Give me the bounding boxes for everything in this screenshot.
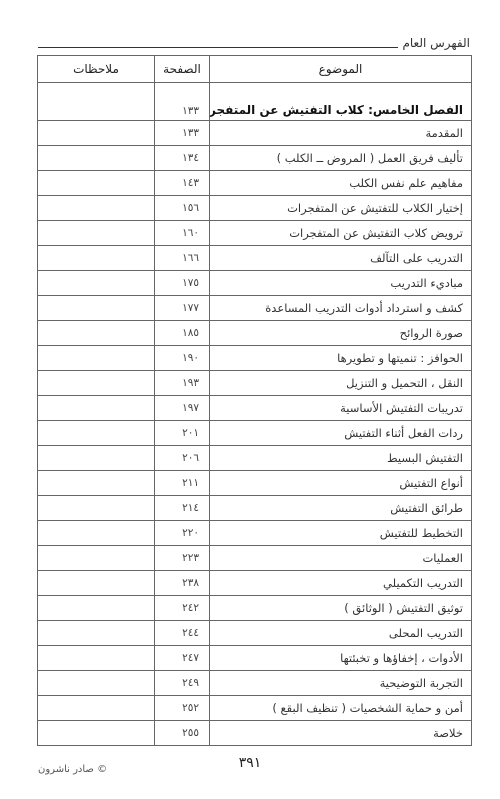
table-row: أمن و حماية الشخصيات ( تنظيف البقع )٢٥٢ (38, 696, 472, 721)
table-header-row: الموضوع الصفحة ملاحظات (38, 56, 472, 83)
topic-cell: التدريب على التآلف (210, 246, 472, 271)
notes-cell (38, 146, 155, 171)
topic-cell: التخطيط للتفتيش (210, 521, 472, 546)
page-cell: ١٧٧ (155, 296, 210, 321)
table-row: خلاصة٢٥٥ (38, 721, 472, 746)
topic-cell: التدريب المحلى (210, 621, 472, 646)
topic-cell: التجربة التوضيحية (210, 671, 472, 696)
page-cell: ٢٣٨ (155, 571, 210, 596)
notes-cell (38, 496, 155, 521)
page-cell: ٢٤٩ (155, 671, 210, 696)
page-cell: ١٧٥ (155, 271, 210, 296)
table-row: طرائق التفتيش٢١٤ (38, 496, 472, 521)
page-cell: ٢١٤ (155, 496, 210, 521)
notes-cell (38, 396, 155, 421)
topic-cell: إختيار الكلاب للتفتيش عن المتفجرات (210, 196, 472, 221)
notes-cell (38, 696, 155, 721)
chapter-title: الفصل الخامس: كلاب التفتيش عن المتفجرات (210, 83, 472, 121)
table-row: التجربة التوضيحية٢٤٩ (38, 671, 472, 696)
page-cell: ٢٢٠ (155, 521, 210, 546)
topic-cell: المقدمة (210, 121, 472, 146)
table-row: صورة الروائح١٨٥ (38, 321, 472, 346)
table-row: التدريب التكميلي٢٣٨ (38, 571, 472, 596)
notes-cell (38, 346, 155, 371)
page-cell: ١٦٠ (155, 221, 210, 246)
notes-cell (38, 246, 155, 271)
table-of-contents: الموضوع الصفحة ملاحظات الفصل الخامس: كلا… (37, 55, 472, 746)
topic-cell: ردات الفعل أثناء التفتيش (210, 421, 472, 446)
topic-cell: كشف و استرداد أدوات التدريب المساعدة (210, 296, 472, 321)
page-cell: ٢٠١ (155, 421, 210, 446)
column-header-topic: الموضوع (210, 56, 472, 83)
page-cell: ١٦٦ (155, 246, 210, 271)
table-row: التدريب المحلى٢٤٤ (38, 621, 472, 646)
notes-cell (38, 296, 155, 321)
notes-cell (38, 671, 155, 696)
page-cell: ١٥٦ (155, 196, 210, 221)
table-row: ردات الفعل أثناء التفتيش٢٠١ (38, 421, 472, 446)
header-rule (38, 47, 398, 48)
table-row: مفاهيم علم نفس الكلب١٤٣ (38, 171, 472, 196)
table-row: التخطيط للتفتيش٢٢٠ (38, 521, 472, 546)
header-title: الفهرس العام (398, 36, 470, 50)
notes-cell (38, 271, 155, 296)
table-row: كشف و استرداد أدوات التدريب المساعدة١٧٧ (38, 296, 472, 321)
table-row: العمليات٢٢٣ (38, 546, 472, 571)
page-cell: ٢٢٣ (155, 546, 210, 571)
page-cell: ١٩٠ (155, 346, 210, 371)
table-row: الحوافز : تنميتها و تطويرها١٩٠ (38, 346, 472, 371)
page-cell: ١٨٥ (155, 321, 210, 346)
table-row: أنواع التفتيش٢١١ (38, 471, 472, 496)
topic-cell: خلاصة (210, 721, 472, 746)
topic-cell: أمن و حماية الشخصيات ( تنظيف البقع ) (210, 696, 472, 721)
page-cell: ٢٤٢ (155, 596, 210, 621)
column-header-page: الصفحة (155, 56, 210, 83)
topic-cell: الأدوات ، إخفاؤها و تخبئتها (210, 646, 472, 671)
notes-cell (38, 421, 155, 446)
table-row: ترويض كلاب التفتيش عن المتفجرات١٦٠ (38, 221, 472, 246)
notes-cell (38, 196, 155, 221)
topic-cell: مفاهيم علم نفس الكلب (210, 171, 472, 196)
notes-cell (38, 371, 155, 396)
notes-cell (38, 646, 155, 671)
running-header: الفهرس العام (38, 30, 470, 50)
topic-cell: تأليف فريق العمل ( المروض ــ الكلب ) (210, 146, 472, 171)
topic-cell: مباديء التدريب (210, 271, 472, 296)
topic-cell: العمليات (210, 546, 472, 571)
chapter-page: ١٣٣ (155, 83, 210, 121)
chapter-row: الفصل الخامس: كلاب التفتيش عن المتفجرات … (38, 83, 472, 121)
notes-cell (38, 471, 155, 496)
table-row: المقدمة١٣٣ (38, 121, 472, 146)
notes-cell (38, 446, 155, 471)
notes-cell (38, 571, 155, 596)
notes-cell (38, 221, 155, 246)
page-cell: ٢٥٥ (155, 721, 210, 746)
table-row: النقل ، التحميل و التنزيل١٩٣ (38, 371, 472, 396)
page-cell: ١٩٧ (155, 396, 210, 421)
page-cell: ١٤٣ (155, 171, 210, 196)
notes-cell (38, 171, 155, 196)
publisher-credit: © صادر ناشرون (38, 764, 107, 775)
page-cell: ٢٥٢ (155, 696, 210, 721)
table-row: توثيق التفتيش ( الوثائق )٢٤٢ (38, 596, 472, 621)
notes-cell (38, 521, 155, 546)
table-row: مباديء التدريب١٧٥ (38, 271, 472, 296)
table-row: التدريب على التآلف١٦٦ (38, 246, 472, 271)
topic-cell: ترويض كلاب التفتيش عن المتفجرات (210, 221, 472, 246)
page-cell: ١٩٣ (155, 371, 210, 396)
chapter-notes (38, 83, 155, 121)
topic-cell: التدريب التكميلي (210, 571, 472, 596)
table-row: إختيار الكلاب للتفتيش عن المتفجرات١٥٦ (38, 196, 472, 221)
topic-cell: تدريبات التفتيش الأساسية (210, 396, 472, 421)
page-cell: ٢٤٤ (155, 621, 210, 646)
table-row: تدريبات التفتيش الأساسية١٩٧ (38, 396, 472, 421)
notes-cell (38, 596, 155, 621)
topic-cell: توثيق التفتيش ( الوثائق ) (210, 596, 472, 621)
table-row: التفتيش البسيط٢٠٦ (38, 446, 472, 471)
notes-cell (38, 546, 155, 571)
topic-cell: الحوافز : تنميتها و تطويرها (210, 346, 472, 371)
table-row: تأليف فريق العمل ( المروض ــ الكلب )١٣٤ (38, 146, 472, 171)
notes-cell (38, 321, 155, 346)
topic-cell: صورة الروائح (210, 321, 472, 346)
table-row: الأدوات ، إخفاؤها و تخبئتها٢٤٧ (38, 646, 472, 671)
notes-cell (38, 121, 155, 146)
topic-cell: التفتيش البسيط (210, 446, 472, 471)
notes-cell (38, 621, 155, 646)
page-cell: ١٣٣ (155, 121, 210, 146)
page-cell: ٢٤٧ (155, 646, 210, 671)
notes-cell (38, 721, 155, 746)
page-cell: ٢١١ (155, 471, 210, 496)
topic-cell: أنواع التفتيش (210, 471, 472, 496)
topic-cell: طرائق التفتيش (210, 496, 472, 521)
topic-cell: النقل ، التحميل و التنزيل (210, 371, 472, 396)
column-header-notes: ملاحظات (38, 56, 155, 83)
page-cell: ٢٠٦ (155, 446, 210, 471)
page-cell: ١٣٤ (155, 146, 210, 171)
